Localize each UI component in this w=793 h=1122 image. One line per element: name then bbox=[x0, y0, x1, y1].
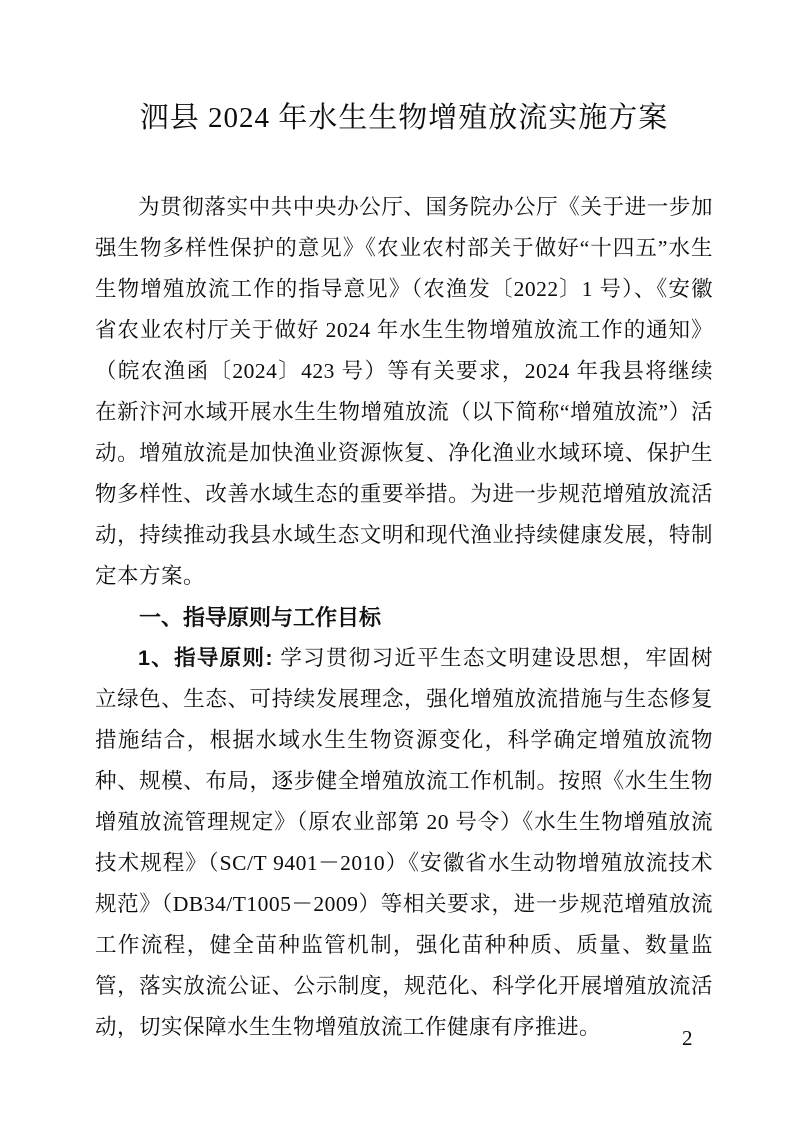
page-number: 2 bbox=[682, 1024, 693, 1052]
paragraph-lead-bold: 1、指导原则: bbox=[138, 646, 280, 670]
section-heading-guiding-principles: 一、指导原则与工作目标 bbox=[95, 597, 713, 638]
document-page: 泗县 2024 年水生生物增殖放流实施方案 为贯彻落实中共中央办公厅、国务院办公… bbox=[0, 0, 793, 1122]
paragraph-body-text: 学习贯彻习近平生态文明建设思想，牢固树立绿色、生态、可持续发展理念，强化增殖放流… bbox=[95, 646, 713, 1039]
document-title: 泗县 2024 年水生生物增殖放流实施方案 bbox=[95, 98, 713, 138]
section-paragraph: 1、指导原则: 学习贯彻习近平生态文明建设思想，牢固树立绿色、生态、可持续发展理… bbox=[95, 638, 713, 1048]
intro-paragraph: 为贯彻落实中共中央办公厅、国务院办公厅《关于进一步加强生物多样性保护的意见》《农… bbox=[95, 187, 713, 597]
document-content: 泗县 2024 年水生生物增殖放流实施方案 为贯彻落实中共中央办公厅、国务院办公… bbox=[95, 98, 713, 1048]
